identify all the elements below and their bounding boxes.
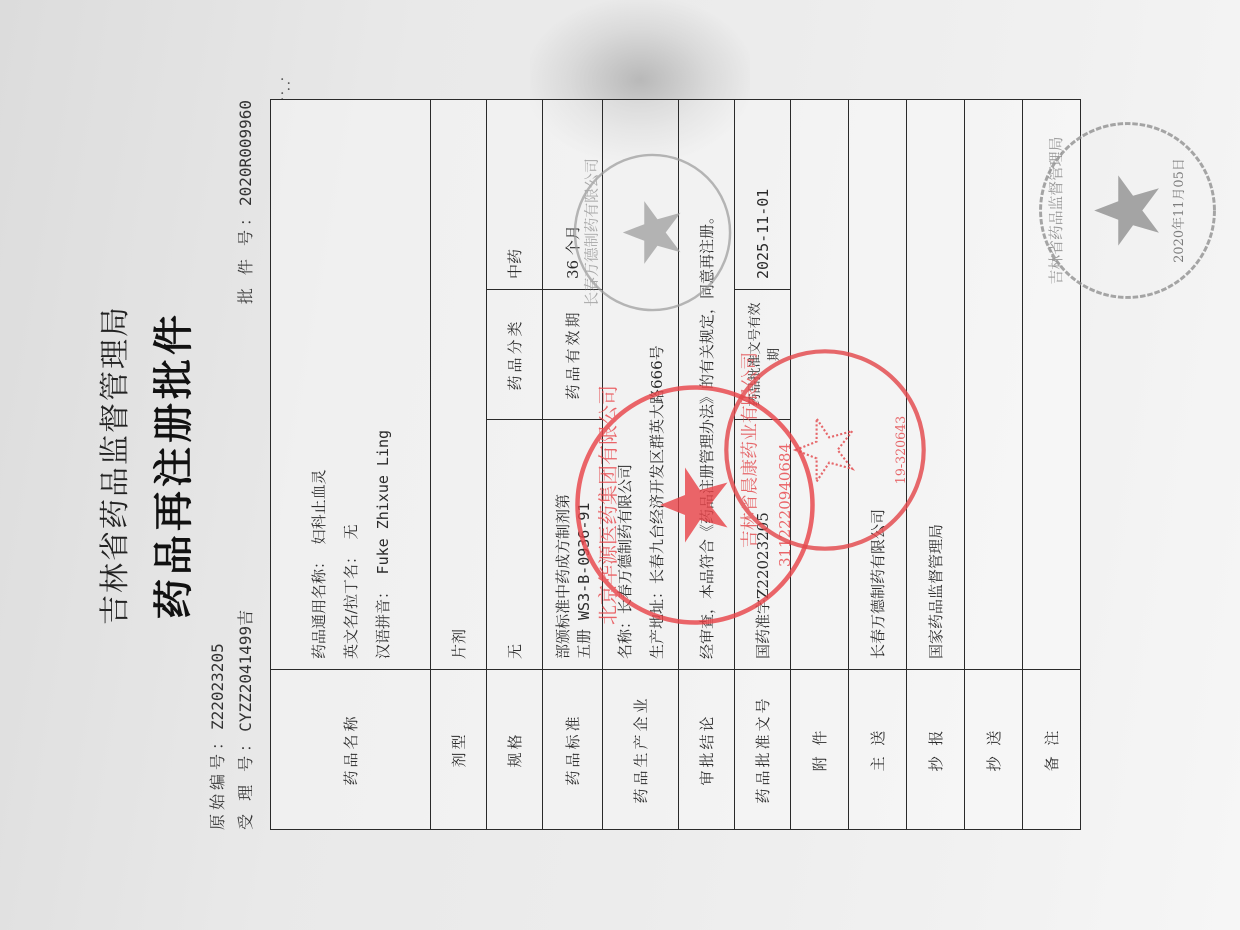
validity-value: 36 个月	[543, 99, 603, 289]
standard-value: 部颁标准中药成方制剂第 五册 WS3-B-0936-91	[543, 420, 603, 670]
row-report-to: 抄 报 国家药品监督管理局	[907, 99, 965, 829]
generic-name: 妇科止血灵	[310, 469, 328, 544]
row-main-recipient: 主 送 长春万德制药有限公司	[849, 99, 907, 829]
pinyin-name: Fuke Zhixue Ling	[374, 430, 392, 575]
approval-value: 国药准字Z22023205	[735, 420, 791, 670]
document-title: 药品再注册批件	[142, 100, 199, 830]
acceptance-number: 受 理 号：CYZZ2041499吉	[233, 610, 256, 830]
row-remarks: 备 注	[1023, 99, 1081, 829]
issuer-heading: 吉林省药品监督管理局	[90, 100, 134, 830]
conclusion-value: 经审查，本品符合《药品注册管理办法》的有关规定，同意再注册。	[679, 99, 735, 669]
row-copy-to: 抄 送	[965, 99, 1023, 829]
approval-validity-value: 2025-11-01	[735, 99, 791, 289]
row-manufacturer: 药品生产企业 名称：长春万德制药有限公司 生产地址：长春九台经济开发区群英大路6…	[603, 99, 679, 829]
manufacturer-details: 名称：长春万德制药有限公司 生产地址：长春九台经济开发区群英大路666号	[603, 99, 679, 669]
row-dosage-form: 剂型 片剂	[431, 99, 487, 829]
specification-value: 无	[487, 420, 543, 670]
dosage-form-value: 片剂	[431, 99, 487, 669]
category-value: 中药	[487, 99, 543, 289]
original-number: 原始编号：Z22023205	[205, 643, 228, 830]
approval-number: 批 件 号：2020R009960	[233, 100, 256, 304]
drug-name-details: 药品通用名称： 妇科止血灵 英文名/拉丁名： 无 汉语拼音： Fuke Zhix…	[271, 99, 431, 669]
row-drug-name: 药品名称 药品通用名称： 妇科止血灵 英文名/拉丁名： 无 汉语拼音： Fuke…	[271, 99, 431, 829]
label-drug-name: 药品名称	[271, 670, 431, 830]
row-approval: 药品批准文号 国药准字Z22023205 药品批准文号有效期 2025-11-0…	[735, 99, 791, 829]
approval-table: 药品名称 药品通用名称： 妇科止血灵 英文名/拉丁名： 无 汉语拼音： Fuke…	[270, 99, 1081, 830]
english-name: 无	[342, 524, 360, 539]
row-attachment: 附 件	[791, 99, 849, 829]
row-specification: 规格 无 药品分类 中药	[487, 99, 543, 829]
row-conclusion: 审批结论 经审查，本品符合《药品注册管理办法》的有关规定，同意再注册。	[679, 99, 735, 829]
row-standard: 药品标准 部颁标准中药成方制剂第 五册 WS3-B-0936-91 药品有效期 …	[543, 99, 603, 829]
official-seal-date: 2020年11月05日	[1171, 158, 1187, 263]
registration-approval-document: 吉林省药品监督管理局 药品再注册批件 原始编号：Z22023205 受 理 号：…	[70, 100, 1170, 830]
